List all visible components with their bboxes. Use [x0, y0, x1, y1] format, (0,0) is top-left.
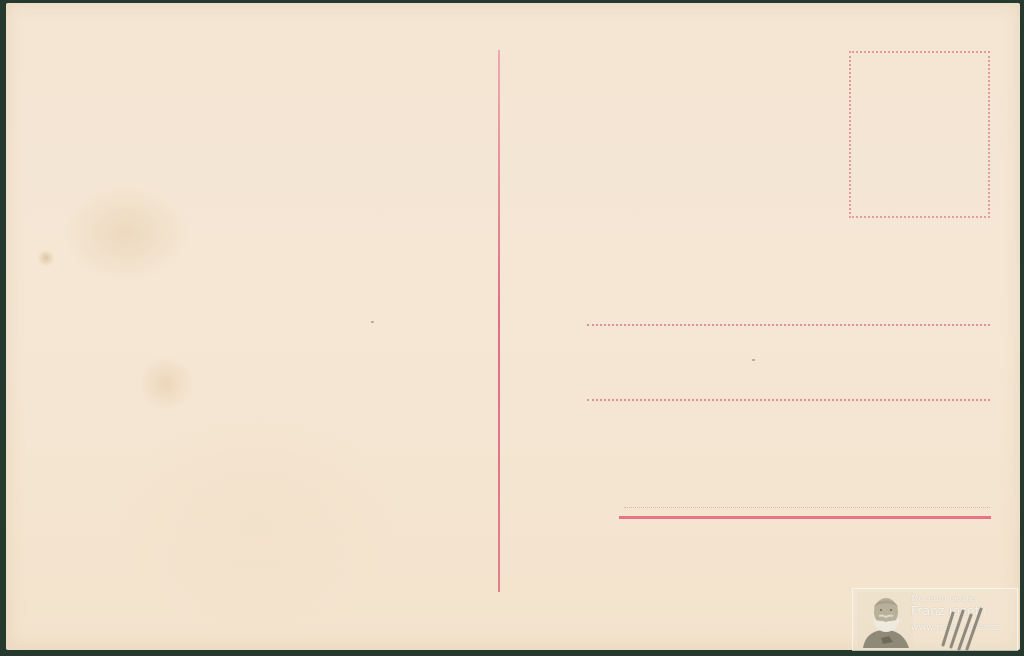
stamp-box: [849, 51, 990, 218]
vertical-divider-line: [498, 50, 500, 592]
paper-speck: [752, 359, 755, 361]
address-line-3: [624, 507, 990, 508]
address-line-1: [587, 324, 990, 326]
paper-speck: [371, 321, 374, 323]
address-line-2: [587, 399, 990, 401]
watermark-museum-label: Muzeum císaře: [911, 594, 975, 603]
museum-watermark: Muzeum císaře Franz Josef I www.franz-jo…: [852, 588, 1018, 651]
emperor-portrait-icon: [857, 592, 913, 648]
postcard-back: Muzeum císaře Franz Josef I www.franz-jo…: [6, 3, 1020, 650]
address-underline-solid: [619, 516, 991, 519]
handwritten-scribble: [937, 605, 997, 651]
